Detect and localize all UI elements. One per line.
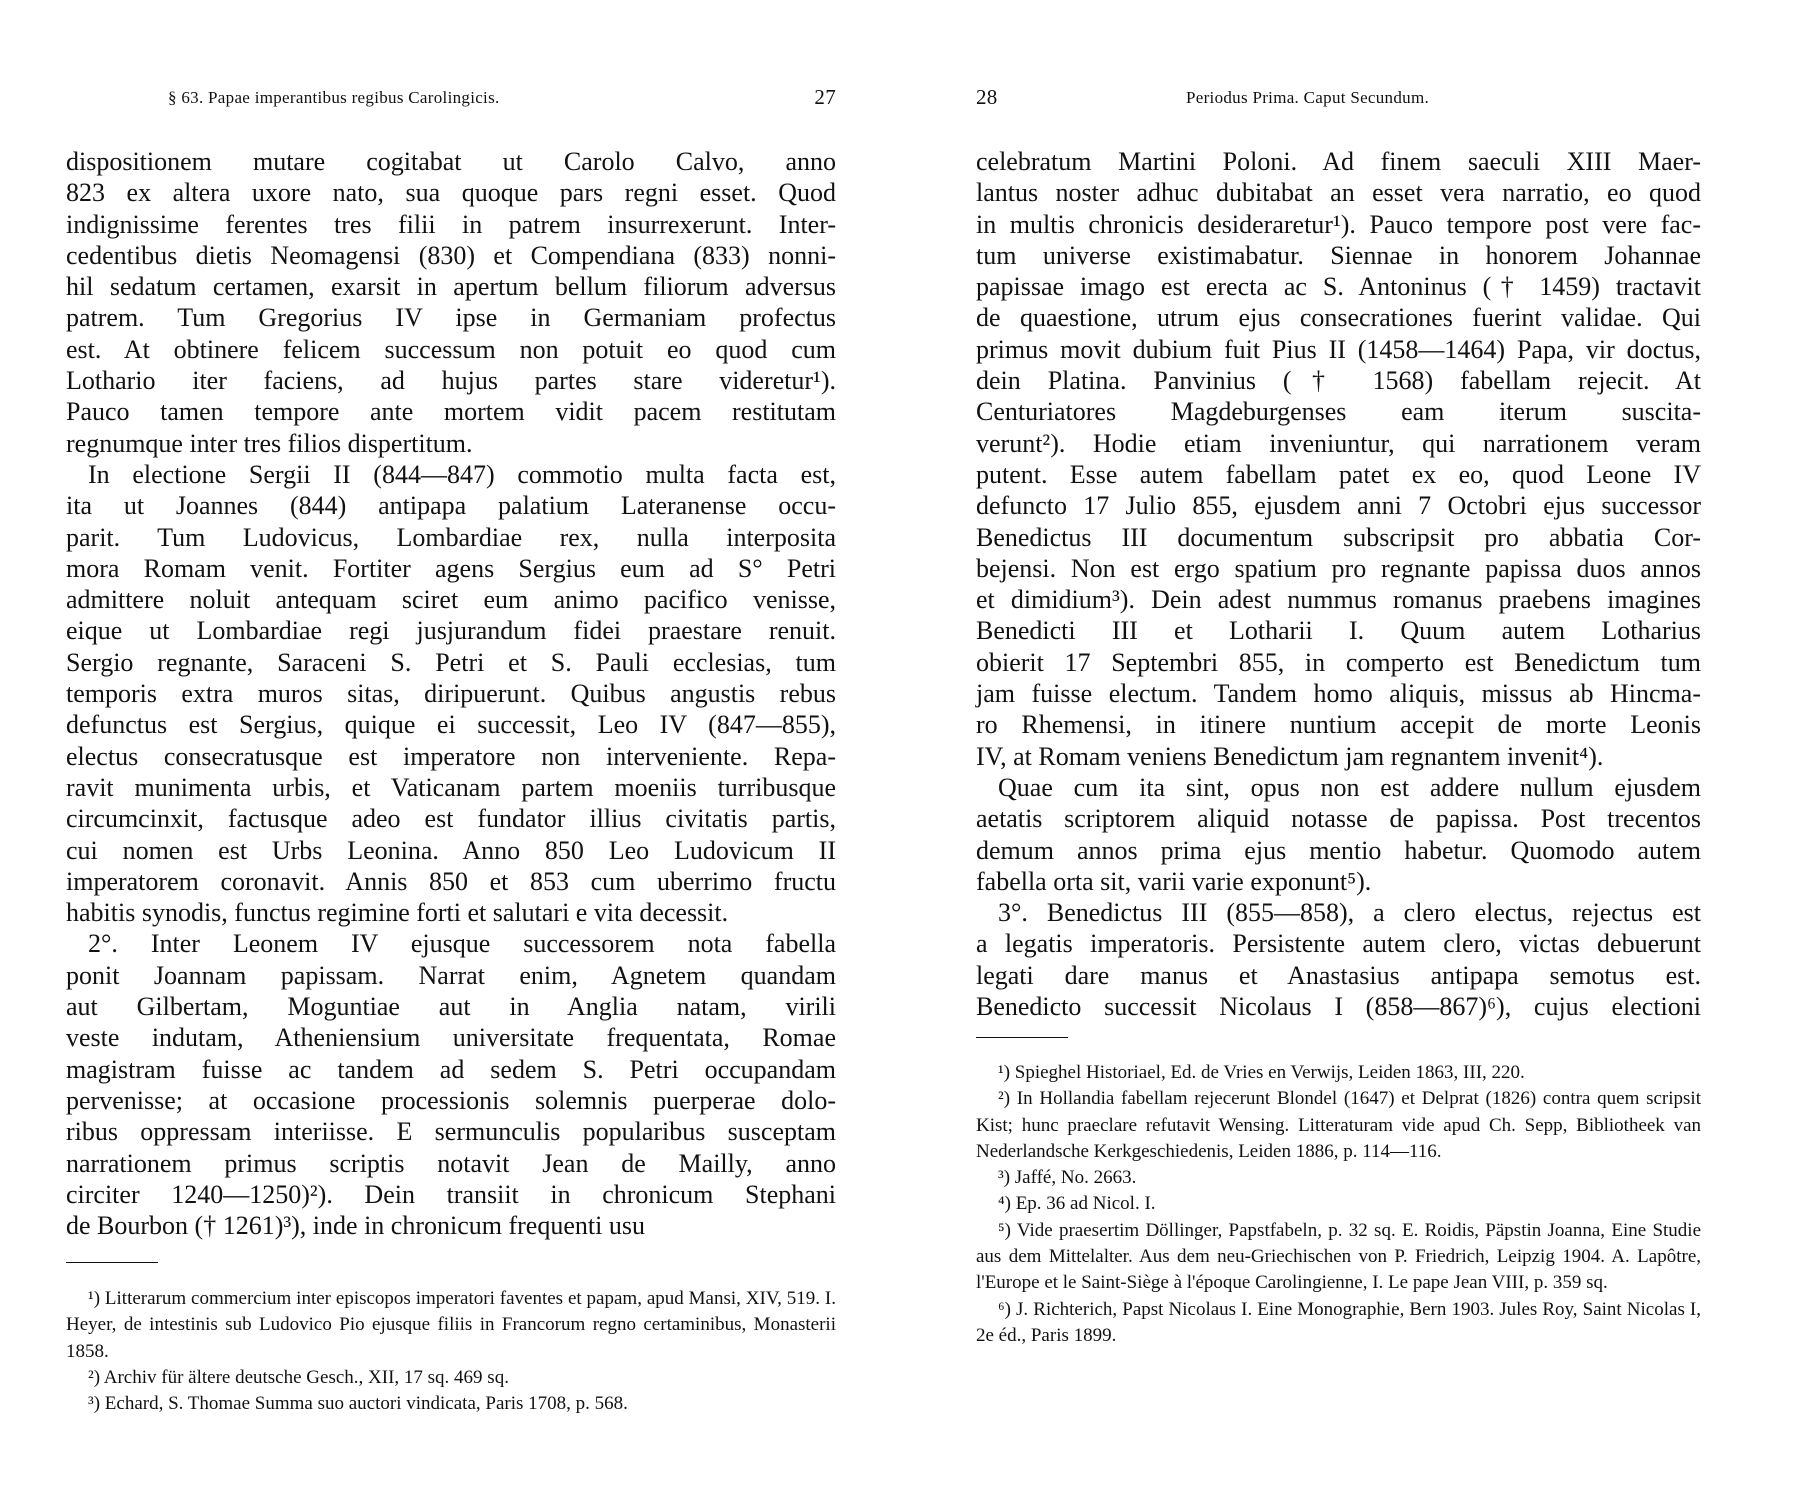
footnote: ¹) Spieghel Historiael, Ed. de Vries en … [976, 1060, 1701, 1086]
text-line: ponit Joannam papissam. Narrat enim, Agn… [66, 960, 836, 991]
text-line: hil sedatum certamen, exarsit in apertum… [66, 271, 836, 302]
text-line: fabella orta sit, varii varie exponunt⁵)… [976, 866, 1701, 897]
text-line: imperatorem coronavit. Annis 850 et 853 … [66, 866, 836, 897]
footnote-divider [976, 1037, 1068, 1038]
text-line: est. At obtinere felicem successum non p… [66, 334, 836, 365]
text-line: Benedicti III et Lotharii I. Quum autem … [976, 615, 1701, 646]
text-line: Quae cum ita sint, opus non est addere n… [976, 772, 1701, 803]
text-line: circiter 1240—1250)²). Dein transiit in … [66, 1179, 836, 1210]
text-line: indignissime ferentes tres filii in patr… [66, 209, 836, 240]
text-line: veste indutam, Atheniensium universitate… [66, 1022, 836, 1053]
text-line: regnumque inter tres filios dispertitum. [66, 428, 836, 459]
text-line: legati dare manus et Anastasius antipapa… [976, 960, 1701, 991]
footnote: ⁵) Vide praesertim Döllinger, Papstfabel… [976, 1218, 1701, 1297]
text-line: lantus noster adhuc dubitabat an esset v… [976, 177, 1701, 208]
text-line: admittere noluit antequam sciret eum ani… [66, 584, 836, 615]
running-title: § 63. Papae imperantibus regibus Carolin… [168, 88, 500, 108]
text-line: primus movit dubium fuit Pius II (1458—1… [976, 334, 1701, 365]
footnote-divider [66, 1262, 158, 1263]
body-text: celebratum Martini Poloni. Ad finem saec… [976, 146, 1701, 1022]
text-line: jam fuisse electum. Tandem homo aliquis,… [976, 678, 1701, 709]
running-header: § 63. Papae imperantibus regibus Carolin… [66, 88, 836, 114]
page-number: 27 [814, 85, 836, 110]
text-line: Lothario iter faciens, ad hujus partes s… [66, 365, 836, 396]
text-line: obierit 17 Septembri 855, in comperto es… [976, 647, 1701, 678]
text-line: IV, at Romam veniens Benedictum jam regn… [976, 741, 1701, 772]
running-header: 28 Periodus Prima. Caput Secundum. [976, 88, 1701, 114]
text-line: mora Romam venit. Fortiter agens Sergius… [66, 553, 836, 584]
text-line: cui nomen est Urbs Leonina. Anno 850 Leo… [66, 835, 836, 866]
right-page: 28 Periodus Prima. Caput Secundum. celeb… [976, 0, 1701, 1500]
text-line: in multis chronicis desideraretur¹). Pau… [976, 209, 1701, 240]
running-title: Periodus Prima. Caput Secundum. [1186, 88, 1429, 108]
text-line: ribus oppressam interiisse. E sermunculi… [66, 1116, 836, 1147]
footnote: ²) In Hollandia fabellam rejecerunt Blon… [976, 1086, 1701, 1165]
text-line: aetatis scriptorem aliquid notasse de pa… [976, 803, 1701, 834]
text-line: 2°. Inter Leonem IV ejusque successorem … [66, 928, 836, 959]
text-line: In electione Sergii II (844—847) commoti… [66, 459, 836, 490]
text-line: temporis extra muros sitas, diripuerunt.… [66, 678, 836, 709]
text-line: 823 ex altera uxore nato, sua quoque par… [66, 177, 836, 208]
text-line: Sergio regnante, Saraceni S. Petri et S.… [66, 647, 836, 678]
text-line: Centuriatores Magdeburgenses eam iterum … [976, 396, 1701, 427]
text-line: bejensi. Non est ergo spatium pro regnan… [976, 553, 1701, 584]
text-line: ro Rhemensi, in itinere nuntium accepit … [976, 709, 1701, 740]
text-line: verunt²). Hodie etiam inveniuntur, qui n… [976, 428, 1701, 459]
text-line: habitis synodis, functus regimine forti … [66, 897, 836, 928]
text-line: pervenisse; at occasione processionis so… [66, 1085, 836, 1116]
left-page: § 63. Papae imperantibus regibus Carolin… [66, 0, 836, 1500]
text-line: ravit munimenta urbis, et Vaticanam part… [66, 772, 836, 803]
text-line: Benedicto successit Nicolaus I (858—867)… [976, 991, 1701, 1022]
text-line: eique ut Lombardiae regi jusjurandum fid… [66, 615, 836, 646]
text-line: Pauco tamen tempore ante mortem vidit pa… [66, 396, 836, 427]
footnotes: ¹) Litterarum commercium inter episcopos… [66, 1286, 836, 1417]
footnote: ⁴) Ep. 36 ad Nicol. I. [976, 1191, 1701, 1217]
text-line: de quaestione, utrum ejus consecrationes… [976, 302, 1701, 333]
text-line: tum universe existimabatur. Siennae in h… [976, 240, 1701, 271]
text-line: a legatis imperatoris. Persistente autem… [976, 928, 1701, 959]
body-text: dispositionem mutare cogitabat ut Carolo… [66, 146, 836, 1241]
text-line: electus consecratusque est imperatore no… [66, 741, 836, 772]
footnotes: ¹) Spieghel Historiael, Ed. de Vries en … [976, 1060, 1701, 1349]
text-line: de Bourbon († 1261)³), inde in chronicum… [66, 1210, 836, 1241]
text-line: magistram fuisse ac tandem ad sedem S. P… [66, 1054, 836, 1085]
text-line: celebratum Martini Poloni. Ad finem saec… [976, 146, 1701, 177]
text-line: ita ut Joannes (844) antipapa palatium L… [66, 490, 836, 521]
text-line: demum annos prima ejus mentio habetur. Q… [976, 835, 1701, 866]
text-line: defuncto 17 Julio 855, ejusdem anni 7 Oc… [976, 490, 1701, 521]
page-number: 28 [976, 85, 998, 110]
footnote: ¹) Litterarum commercium inter episcopos… [66, 1286, 836, 1365]
text-line: circumcinxit, factusque adeo est fundato… [66, 803, 836, 834]
text-line: narrationem primus scriptis notavit Jean… [66, 1148, 836, 1179]
text-line: papissae imago est erecta ac S. Antoninu… [976, 271, 1701, 302]
text-line: aut Gilbertam, Moguntiae aut in Anglia n… [66, 991, 836, 1022]
footnote: ³) Echard, S. Thomae Summa suo auctori v… [66, 1391, 836, 1417]
footnote: ⁶) J. Richterich, Papst Nicolaus I. Eine… [976, 1297, 1701, 1350]
text-line: putent. Esse autem fabellam patet ex eo,… [976, 459, 1701, 490]
text-line: patrem. Tum Gregorius IV ipse in Germani… [66, 302, 836, 333]
text-line: defunctus est Sergius, quique ei success… [66, 709, 836, 740]
text-line: et dimidium³). Dein adest nummus romanus… [976, 584, 1701, 615]
text-line: 3°. Benedictus III (855—858), a clero el… [976, 897, 1701, 928]
footnote: ³) Jaffé, No. 2663. [976, 1165, 1701, 1191]
text-line: dispositionem mutare cogitabat ut Carolo… [66, 146, 836, 177]
text-line: cedentibus dietis Neomagensi (830) et Co… [66, 240, 836, 271]
text-line: dein Platina. Panvinius († 1568) fabella… [976, 365, 1701, 396]
footnote: ²) Archiv für ältere deutsche Gesch., XI… [66, 1365, 836, 1391]
text-line: parit. Tum Ludovicus, Lombardiae rex, nu… [66, 522, 836, 553]
text-line: Benedictus III documentum subscripsit pr… [976, 522, 1701, 553]
